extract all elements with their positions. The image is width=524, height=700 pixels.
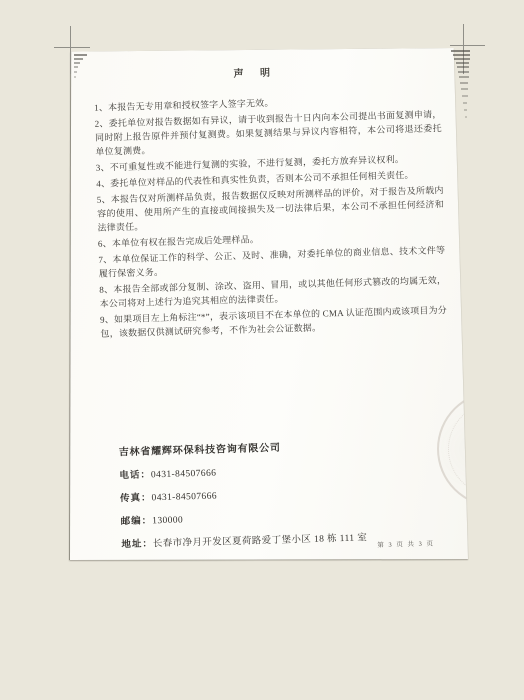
contact-value: 130000 — [152, 515, 183, 526]
document-page-wrap: 声 明 1、本报告无专用章和授权签字人签字无效。 2、委托单位对报告数据如有异议… — [0, 0, 524, 700]
contact-label: 邮编： — [121, 516, 153, 527]
contact-label: 传真： — [120, 493, 152, 504]
statement-body: 1、本报告无专用章和授权签字人签字无效。 2、委托单位对报告数据如有异议，请于收… — [94, 91, 448, 343]
contact-label: 地址： — [121, 539, 153, 550]
contact-label: 电话： — [119, 470, 151, 481]
page-content: 声 明 1、本报告无专用章和授权签字人签字无效。 2、委托单位对报告数据如有异议… — [70, 48, 468, 560]
statement-item: 2、委托单位对报告数据如有异议，请于收到报告十日内向本公司提出书面复测申请，同时… — [94, 107, 442, 159]
page-number-footer: 第 3 页 共 3 页 — [377, 538, 434, 549]
page-curl-top-left — [72, 53, 90, 81]
contact-value: 长春市净月开发区夏荷路爱丁堡小区 18 栋 111 室 — [153, 533, 368, 549]
page-title: 声 明 — [70, 59, 447, 85]
contact-value: 0431-84507666 — [151, 492, 217, 504]
statement-item: 5、本报告仅对所测样品负责，报告数据仅反映对所测样品的评价，对于报告及所载内容的… — [97, 183, 445, 235]
company-name: 吉林省耀辉环保科技咨询有限公司 — [119, 434, 454, 458]
contact-value: 0431-84507666 — [151, 469, 217, 481]
contact-row-fax: 传真：0431-84507666 — [120, 485, 455, 505]
contact-row-postcode: 邮编：130000 — [121, 508, 456, 528]
contact-row-phone: 电话：0431-84507666 — [119, 462, 454, 482]
scan-background: 声 明 1、本报告无专用章和授权签字人签字无效。 2、委托单位对报告数据如有异议… — [0, 0, 524, 700]
document-page: 声 明 1、本报告无专用章和授权签字人签字无效。 2、委托单位对报告数据如有异议… — [70, 48, 468, 560]
page-curl-top-right — [449, 49, 471, 121]
